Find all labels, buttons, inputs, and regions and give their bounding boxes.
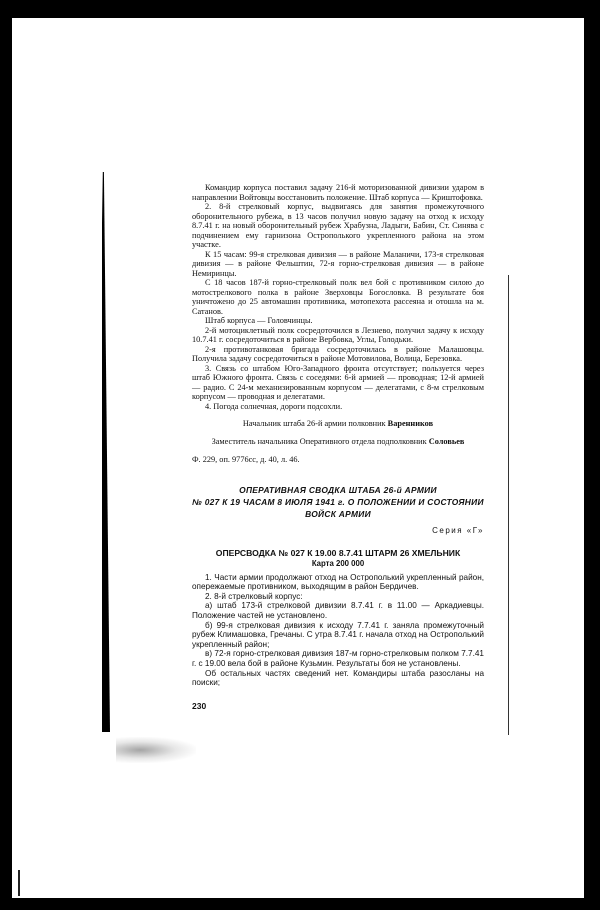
paragraph: С 18 часов 187-й горно-стрелковый полк в… [192,278,484,316]
signature-title: Заместитель начальника Оперативного отде… [212,437,427,446]
paragraph: 2-я противотанковая бригада сосредоточил… [192,345,484,364]
paragraph: а) штаб 173-й стрелковой дивизии 8.7.41 … [192,601,484,620]
document-body: Командир корпуса поставил задачу 216-й м… [192,183,484,711]
page-number: 230 [192,702,484,712]
paragraph: 2-й мотоциклетный полк сосредоточился в … [192,326,484,345]
paragraph: 2. 8-й стрелковый корпус: [192,592,484,602]
scan-artifact-line [508,275,509,735]
paragraph: б) 99-я стрелковая дивизия к исходу 7.7.… [192,621,484,650]
signature-chief-of-staff: Начальник штаба 26-й армии полковник Вар… [192,419,484,429]
archive-reference: Ф. 229, оп. 9776сс, д. 40, л. 46. [192,455,484,465]
paragraph: К 15 часам: 99-я стрелковая дивизия — в … [192,250,484,279]
title-line: ОПЕРАТИВНАЯ СВОДКА ШТАБА 26-й АРМИИ [192,484,484,496]
signature-deputy: Заместитель начальника Оперативного отде… [192,437,484,447]
paragraph: Командир корпуса поставил задачу 216-й м… [192,183,484,202]
title-line: ВОЙСК АРМИИ [192,508,484,520]
paragraph: 3. Связь со штабом Юго-Западного фронта … [192,364,484,402]
ink-smudge [116,737,196,763]
document-title: ОПЕРАТИВНАЯ СВОДКА ШТАБА 26-й АРМИИ № 02… [192,484,484,520]
signature-title: Начальник штаба 26-й армии полковник [243,419,386,428]
series-label: Серия «Г» [192,526,484,536]
paragraph: 1. Части армии продолжают отход на Остро… [192,573,484,592]
scan-artifact-mark [18,870,20,896]
paragraph: Об остальных частях сведений нет. Команд… [192,669,484,688]
report-body: 1. Части армии продолжают отход на Остро… [192,573,484,688]
map-scale: Карта 200 000 [192,559,484,569]
paragraph: Штаб корпуса — Головчинцы. [192,316,484,326]
paragraph: 4. Погода солнечная, дороги подсохли. [192,402,484,412]
signature-name: Варенников [388,419,433,428]
paragraph: 2. 8-й стрелковый корпус, выдвигаясь для… [192,202,484,250]
paragraph: в) 72-я горно-стрелковая дивизия 187-м г… [192,649,484,668]
title-line: № 027 К 19 ЧАСАМ 8 ИЮЛЯ 1941 г. О ПОЛОЖЕ… [192,496,484,508]
opersvodka-heading: ОПЕРСВОДКА № 027 К 19.00 8.7.41 ШТАРМ 26… [192,548,484,559]
signature-name: Соловьев [429,437,465,446]
